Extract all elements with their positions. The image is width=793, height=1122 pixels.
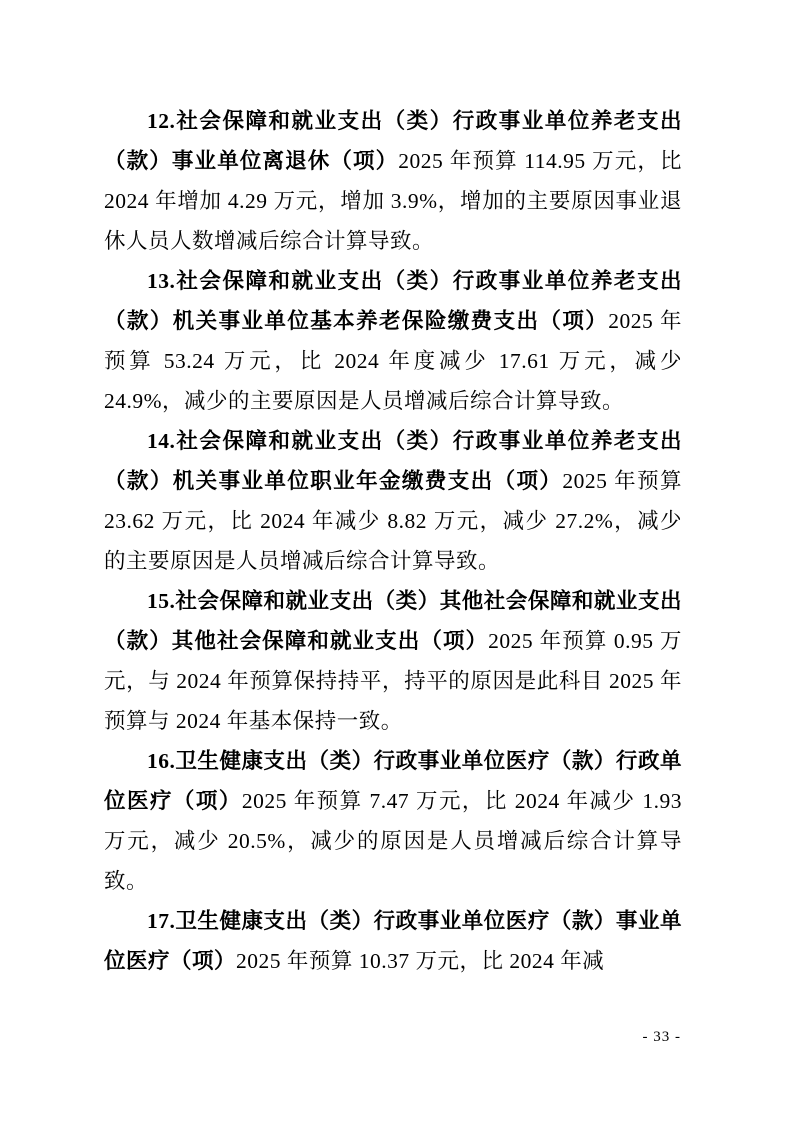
paragraph-13-heading: 13.社会保障和就业支出（类）行政事业单位养老支出（款）机关事业单位基本养老保险… (104, 269, 682, 333)
page-number: - 33 - (643, 1027, 682, 1047)
budget-paragraph-14: 14.社会保障和就业支出（类）行政事业单位养老支出（款）机关事业单位职业年金缴费… (104, 421, 682, 581)
budget-paragraph-15: 15.社会保障和就业支出（类）其他社会保障和就业支出（款）其他社会保障和就业支出… (104, 581, 682, 741)
budget-paragraph-16: 16.卫生健康支出（类）行政事业单位医疗（款）行政单位医疗（项）2025 年预算… (104, 741, 682, 901)
paragraph-17-text: 2025 年预算 10.37 万元，比 2024 年减 (236, 949, 604, 973)
budget-paragraph-12: 12.社会保障和就业支出（类）行政事业单位养老支出（款）事业单位离退休（项）20… (104, 101, 682, 261)
document-body: 12.社会保障和就业支出（类）行政事业单位养老支出（款）事业单位离退休（项）20… (104, 101, 682, 981)
budget-paragraph-13: 13.社会保障和就业支出（类）行政事业单位养老支出（款）机关事业单位基本养老保险… (104, 261, 682, 421)
budget-paragraph-17: 17.卫生健康支出（类）行政事业单位医疗（款）事业单位医疗（项）2025 年预算… (104, 901, 682, 981)
document-page: 12.社会保障和就业支出（类）行政事业单位养老支出（款）事业单位离退休（项）20… (0, 0, 793, 1122)
